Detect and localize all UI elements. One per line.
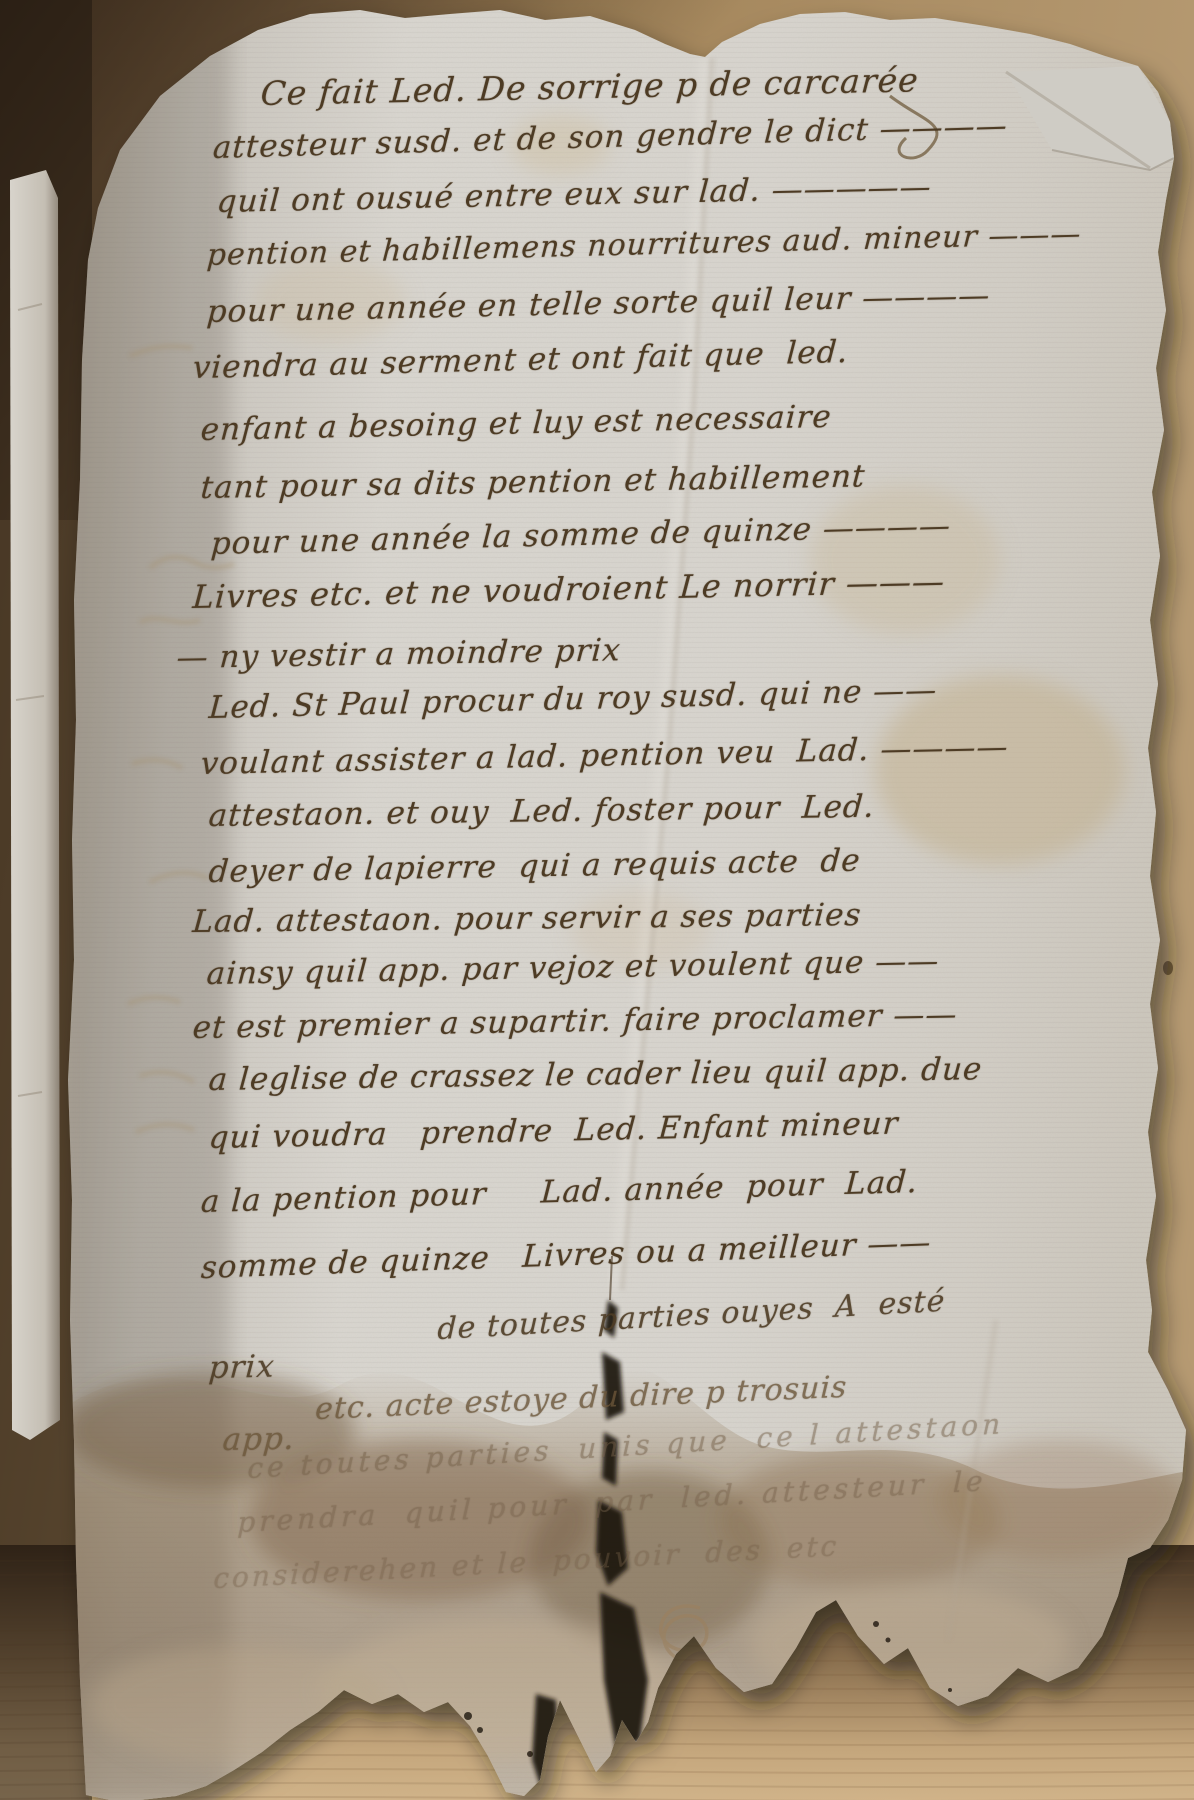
manuscript-photo: Ce fait Led. De sorrige p de carcaréeatt… bbox=[0, 0, 1194, 1800]
manuscript-photo-art bbox=[0, 0, 1194, 1800]
wood-knot bbox=[1163, 961, 1173, 975]
book-underpages-edge bbox=[10, 170, 60, 1440]
